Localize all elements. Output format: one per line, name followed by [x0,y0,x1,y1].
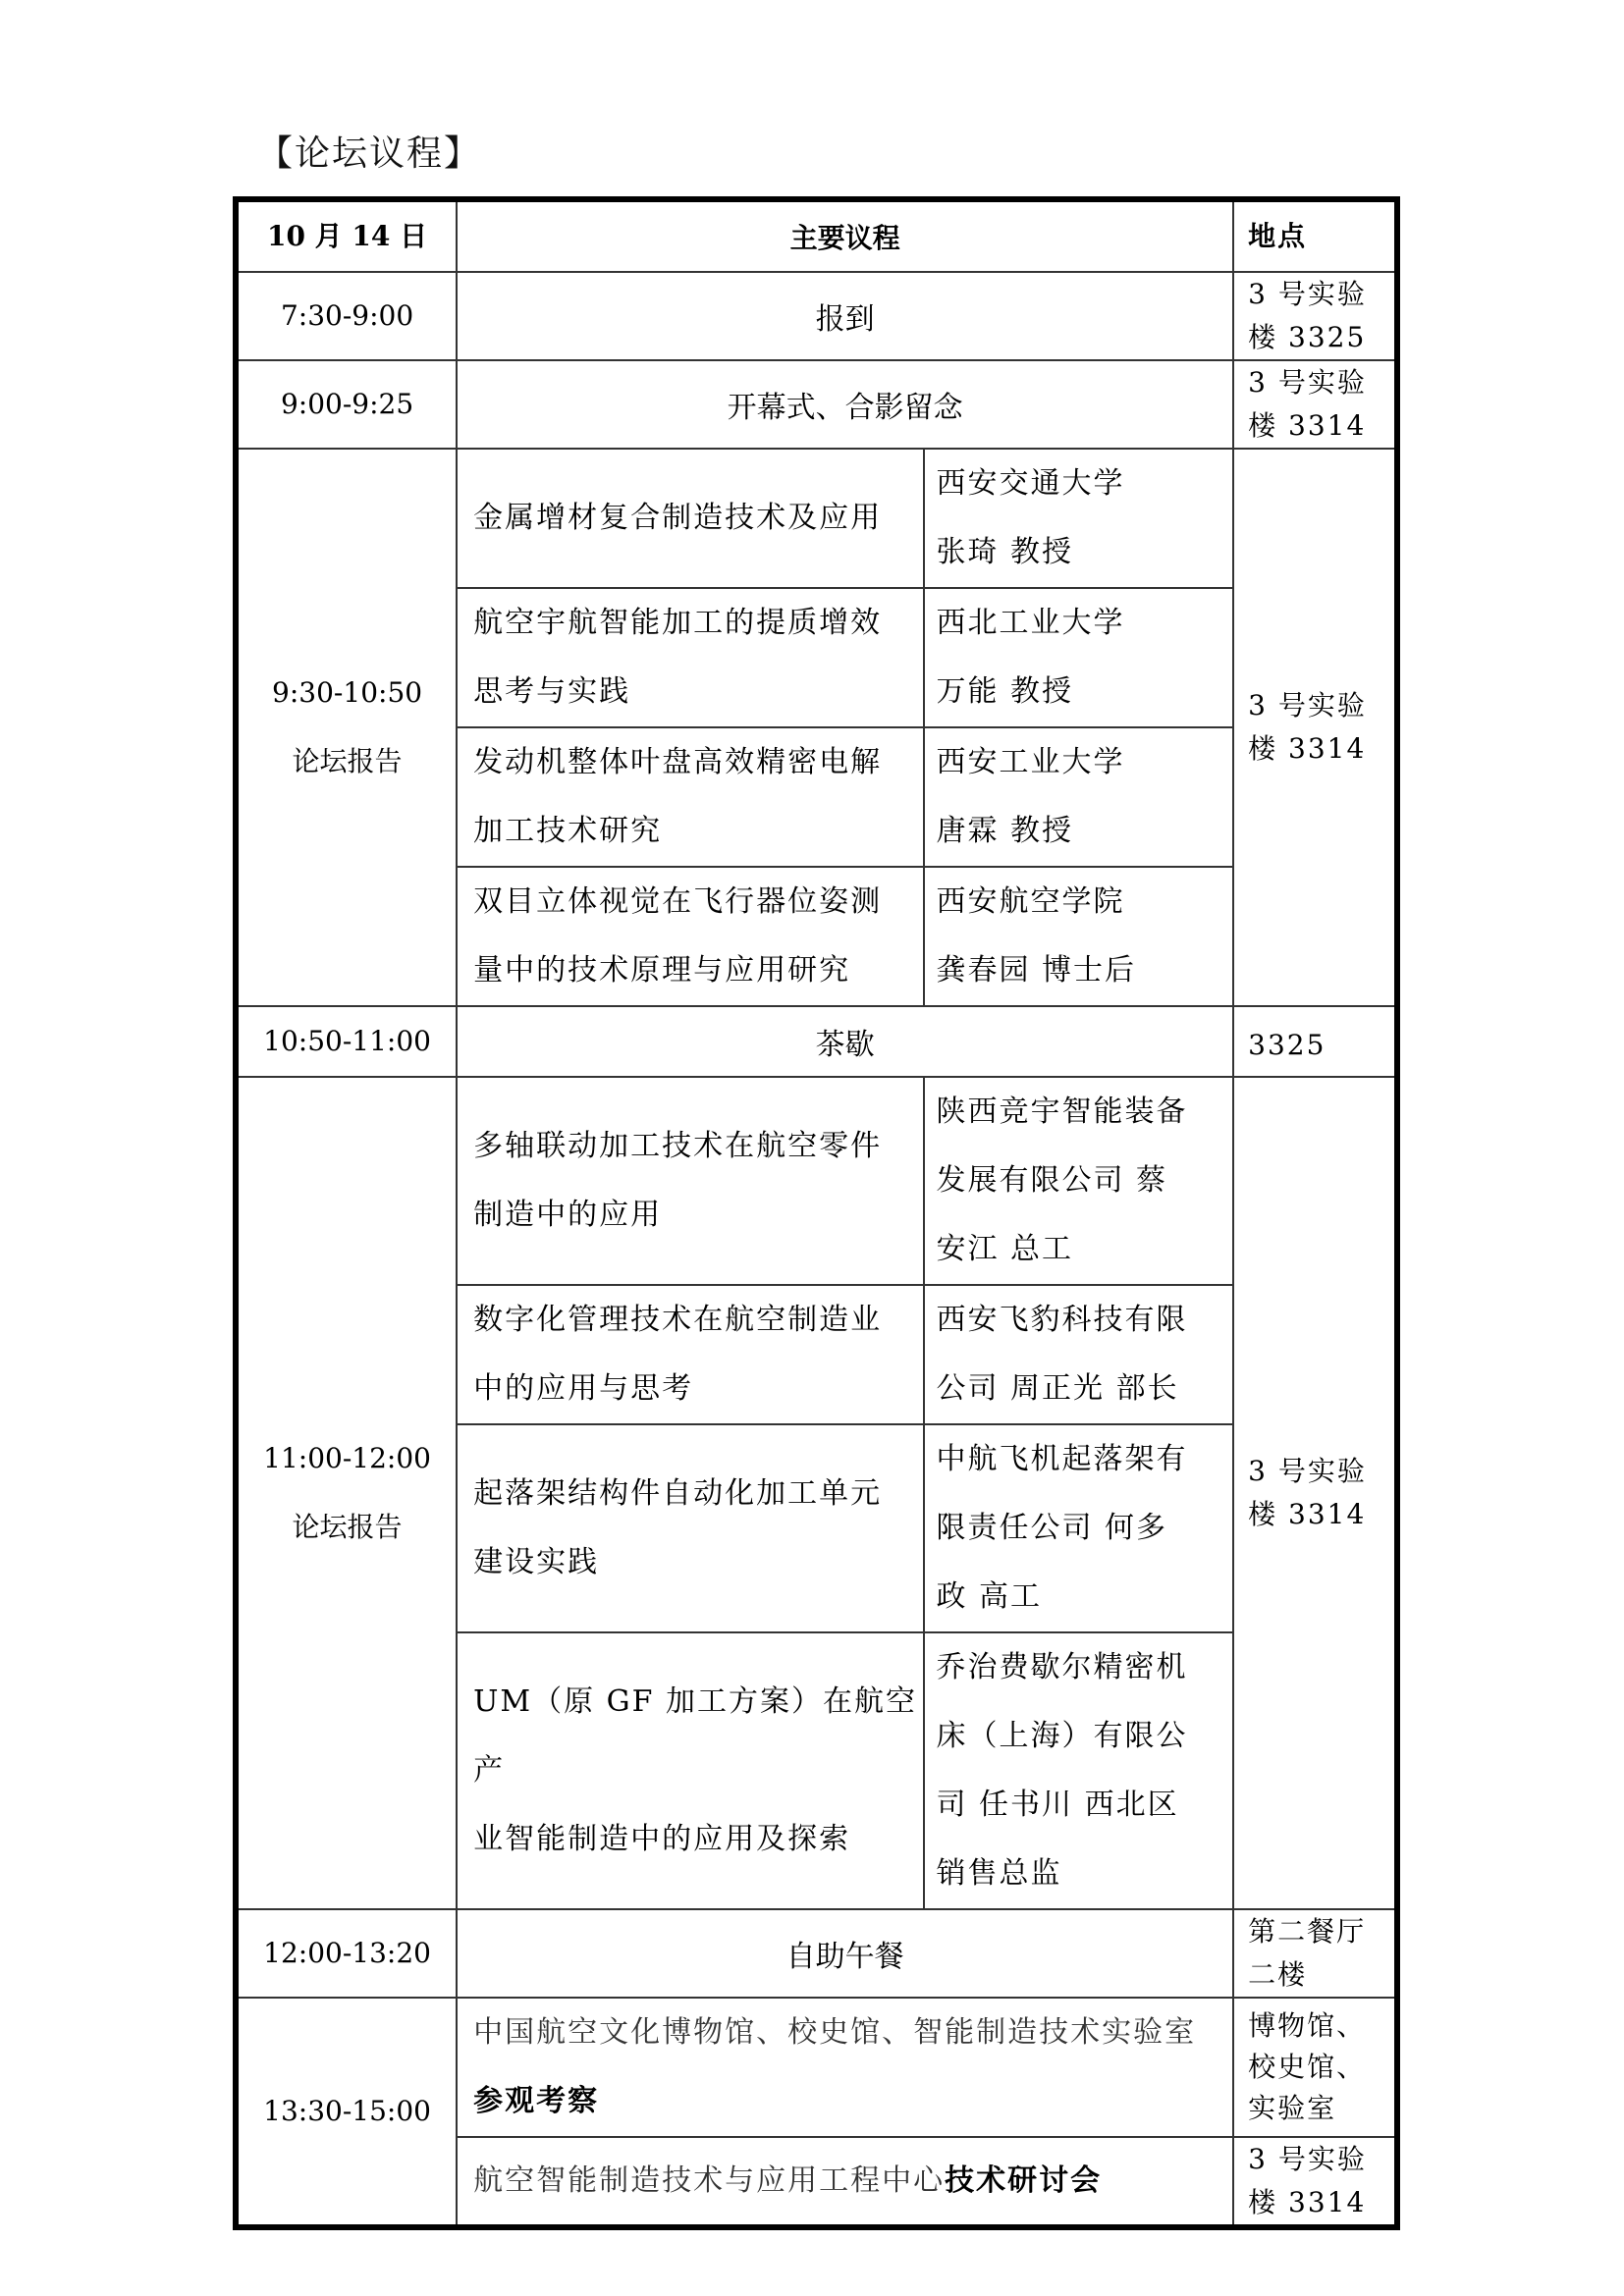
speaker-line: 陕西竞宇智能装备 [937,1078,1233,1147]
speaker-line: 西安交通大学 [937,450,1233,518]
topic-line: 制造中的应用 [473,1181,922,1250]
page-title: 【论坛议程】 [257,126,481,176]
time-cell: 10:50-11:00 [236,1006,457,1077]
speaker-line: 西安工业大学 [937,728,1233,797]
talk-row: 11:00-12:00 论坛报告 多轴联动加工技术在航空零件 制造中的应用 陕西… [236,1077,1397,1285]
location-line: 第二餐厅 [1248,1910,1394,1953]
speaker-line: 公司 周正光 部长 [937,1355,1233,1423]
location-line: 楼 3314 [1248,727,1394,771]
time-cell: 13:30-15:00 [236,1998,457,2227]
location-line: 二楼 [1248,1953,1394,1997]
table-row: 7:30-9:00 报到 3 号实验 楼 3325 [236,272,1397,360]
location-line: 3 号实验 [1248,361,1394,404]
activity-emphasis: 技术研讨会 [945,2163,1102,2198]
location-line: 3 号实验 [1248,1450,1394,1493]
topic-line: 加工技术研究 [473,797,922,866]
session-time: 9:30-10:50 [239,659,456,727]
location-line: 3 号实验 [1248,273,1394,316]
talk-topic: 起落架结构件自动化加工单元 建设实践 [457,1424,923,1632]
speaker-line: 司 任书川 西北区 [937,1771,1233,1840]
talk-speaker: 西安工业大学 唐霖 教授 [924,727,1234,867]
location-line: 楼 3314 [1248,404,1394,448]
speaker-line: 西北工业大学 [937,589,1233,658]
agenda-table: 10 月 14 日 主要议程 地点 7:30-9:00 报到 3 号实验 楼 3… [233,196,1400,2230]
location-line: 实验室 [1248,2088,1394,2129]
location-cell: 博物馆、 校史馆、 实验室 [1233,1998,1397,2137]
location-line: 3 号实验 [1248,2138,1394,2181]
agenda-item: 开幕式、合影留念 [457,360,1233,449]
speaker-line: 销售总监 [937,1840,1233,1908]
agenda-item: 自助午餐 [457,1909,1233,1998]
topic-line: 中的应用与思考 [473,1355,922,1423]
time-cell: 12:00-13:20 [236,1909,457,1998]
location-line: 楼 3325 [1248,316,1394,359]
talk-speaker: 中航飞机起落架有 限责任公司 何多 政 高工 [924,1424,1234,1632]
session-label: 论坛报告 [239,1493,456,1562]
location-cell: 3 号实验 楼 3314 [1233,1077,1397,1909]
agenda-item: 报到 [457,272,1233,360]
header-date: 10 月 14 日 [236,199,457,272]
activity-cell: 航空智能制造技术与应用工程中心技术研讨会 [457,2137,1233,2227]
location-cell: 3 号实验 楼 3314 [1233,449,1397,1006]
session-time: 11:00-12:00 [239,1424,456,1493]
talk-topic: 金属增材复合制造技术及应用 [457,449,923,588]
agenda-item: 茶歇 [457,1006,1233,1077]
location-cell: 3 号实验 楼 3314 [1233,2137,1397,2227]
location-cell: 第二餐厅 二楼 [1233,1909,1397,1998]
topic-line: 发动机整体叶盘高效精密电解 [473,728,922,797]
topic-line: 金属增材复合制造技术及应用 [473,484,922,553]
header-agenda: 主要议程 [457,199,1233,272]
topic-line: 数字化管理技术在航空制造业 [473,1286,922,1355]
speaker-line: 龚春园 博士后 [937,936,1233,1005]
topic-line: 航空宇航智能加工的提质增效 [473,589,922,658]
talk-topic: 航空宇航智能加工的提质增效 思考与实践 [457,588,923,727]
talk-topic: 多轴联动加工技术在航空零件 制造中的应用 [457,1077,923,1285]
talk-speaker: 西安交通大学 张琦 教授 [924,449,1234,588]
location-line: 3 号实验 [1248,684,1394,727]
topic-line: 起落架结构件自动化加工单元 [473,1460,922,1528]
speaker-line: 限责任公司 何多 [937,1494,1233,1563]
talk-topic: 数字化管理技术在航空制造业 中的应用与思考 [457,1285,923,1424]
location-cell: 3 号实验 楼 3314 [1233,360,1397,449]
location-cell: 3325 [1233,1006,1397,1077]
session-label: 论坛报告 [239,727,456,796]
activity-cell: 中国航空文化博物馆、校史馆、智能制造技术实验室 参观考察 [457,1998,1233,2137]
topic-line: 多轴联动加工技术在航空零件 [473,1112,922,1181]
activity-prefix: 航空智能制造技术与应用工程中心 [473,2163,945,2198]
session-time-cell: 9:30-10:50 论坛报告 [236,449,457,1006]
speaker-line: 政 高工 [937,1563,1233,1631]
talk-row: 9:30-10:50 论坛报告 金属增材复合制造技术及应用 西安交通大学 张琦 … [236,449,1397,588]
table-row: 10:50-11:00 茶歇 3325 [236,1006,1397,1077]
talk-speaker: 陕西竞宇智能装备 发展有限公司 蔡 安江 总工 [924,1077,1234,1285]
topic-line: 业智能制造中的应用及探索 [473,1805,922,1874]
header-location: 地点 [1233,199,1397,272]
activity-row: 13:30-15:00 中国航空文化博物馆、校史馆、智能制造技术实验室 参观考察… [236,1998,1397,2137]
talk-topic: 发动机整体叶盘高效精密电解 加工技术研究 [457,727,923,867]
time-cell: 9:00-9:25 [236,360,457,449]
location-cell: 3 号实验 楼 3325 [1233,272,1397,360]
speaker-line: 西安航空学院 [937,868,1233,936]
topic-line: 建设实践 [473,1528,922,1597]
speaker-line: 乔治费歇尔精密机 [937,1633,1233,1702]
speaker-line: 中航飞机起落架有 [937,1425,1233,1494]
header-row: 10 月 14 日 主要议程 地点 [236,199,1397,272]
speaker-line: 安江 总工 [937,1215,1233,1284]
location-line: 校史馆、 [1248,2047,1394,2088]
activity-prefix: 中国航空文化博物馆、校史馆、智能制造技术实验室 [473,1999,1232,2067]
speaker-line: 床（上海）有限公 [937,1702,1233,1771]
speaker-line: 西安飞豹科技有限 [937,1286,1233,1355]
speaker-line: 张琦 教授 [937,518,1233,587]
speaker-line: 发展有限公司 蔡 [937,1147,1233,1215]
talk-speaker: 西安飞豹科技有限 公司 周正光 部长 [924,1285,1234,1424]
topic-line: UM（原 GF 加工方案）在航空产 [473,1668,922,1805]
location-line: 博物馆、 [1248,2005,1394,2047]
talk-topic: UM（原 GF 加工方案）在航空产 业智能制造中的应用及探索 [457,1632,923,1909]
talk-speaker: 乔治费歇尔精密机 床（上海）有限公 司 任书川 西北区 销售总监 [924,1632,1234,1909]
time-cell: 7:30-9:00 [236,272,457,360]
talk-topic: 双目立体视觉在飞行器位姿测 量中的技术原理与应用研究 [457,867,923,1006]
topic-line: 思考与实践 [473,658,922,726]
activity-emphasis: 参观考察 [473,2067,1232,2136]
talk-speaker: 西安航空学院 龚春园 博士后 [924,867,1234,1006]
location-line: 楼 3314 [1248,2181,1394,2224]
table-row: 12:00-13:20 自助午餐 第二餐厅 二楼 [236,1909,1397,1998]
speaker-line: 唐霖 教授 [937,797,1233,866]
session-time-cell: 11:00-12:00 论坛报告 [236,1077,457,1909]
speaker-line: 万能 教授 [937,658,1233,726]
table-row: 9:00-9:25 开幕式、合影留念 3 号实验 楼 3314 [236,360,1397,449]
talk-speaker: 西北工业大学 万能 教授 [924,588,1234,727]
topic-line: 量中的技术原理与应用研究 [473,936,922,1005]
location-line: 楼 3314 [1248,1493,1394,1536]
topic-line: 双目立体视觉在飞行器位姿测 [473,868,922,936]
